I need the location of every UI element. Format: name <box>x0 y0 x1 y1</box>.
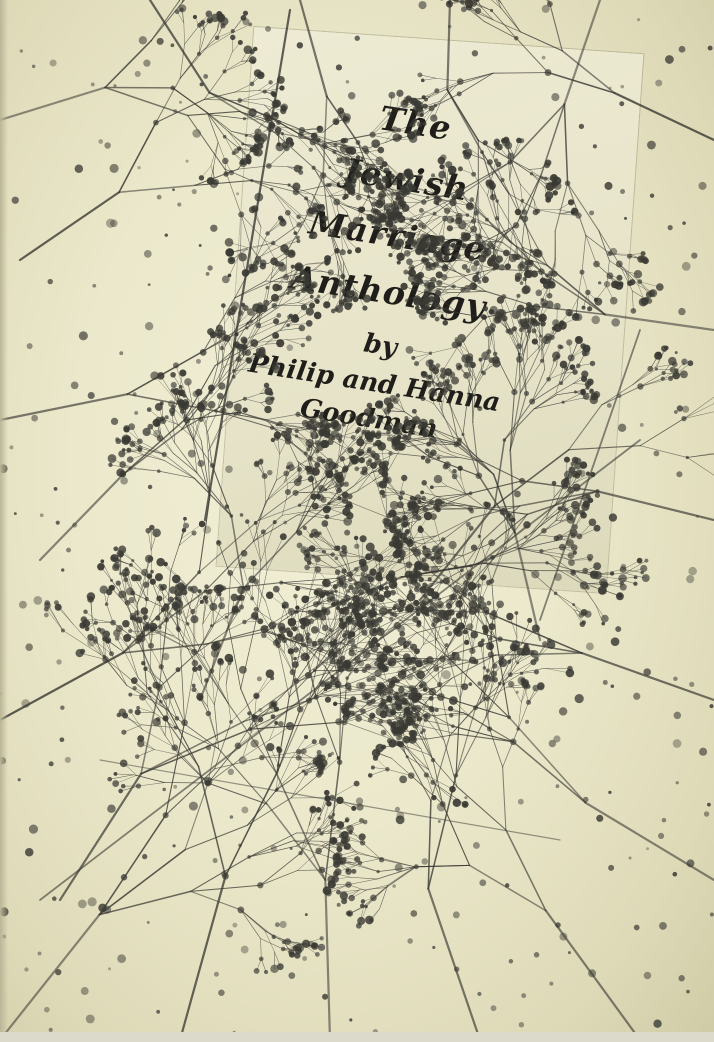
book-cover: The Jewish Marriage Anthology by Philip … <box>0 0 714 1042</box>
cover-bottom-edge <box>0 1032 714 1042</box>
cover-edge-shadow <box>0 0 8 1042</box>
babys-breath-foliage <box>0 0 714 1042</box>
